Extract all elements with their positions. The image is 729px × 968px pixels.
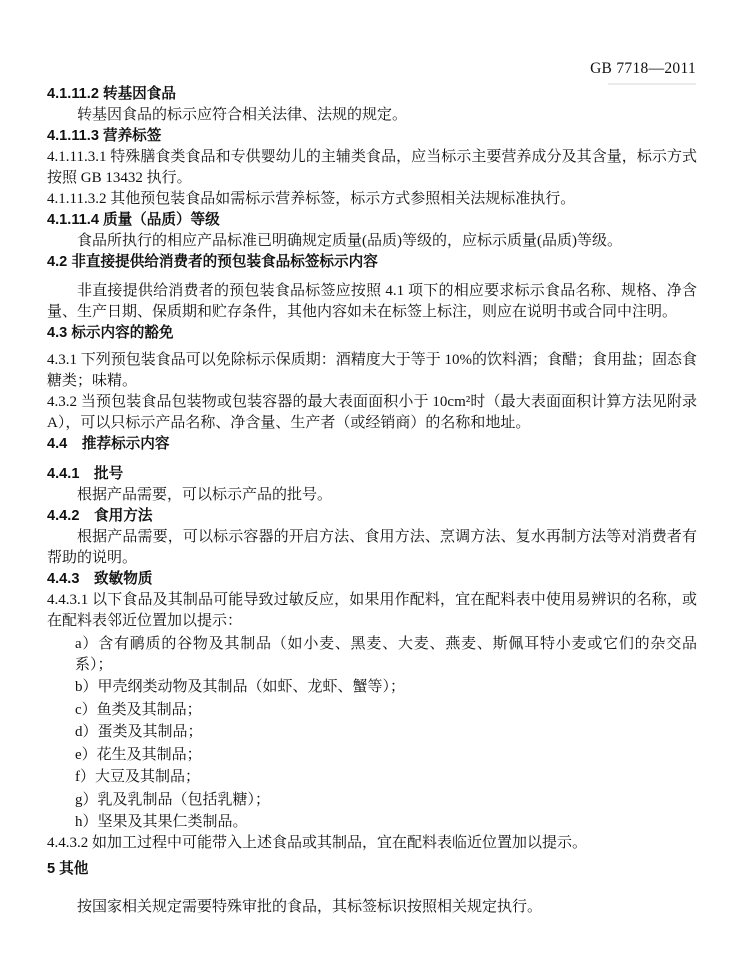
allergen-list-item: a）含有鸸质的谷物及其制品（如小麦、黑麦、大麦、燕麦、斯佩耳特小麦或它们的杂交品… (75, 634, 697, 676)
document-page: GB 7718—2011 4.1.11.2 转基因食品转基因食品的标示应符合相关… (0, 0, 729, 968)
allergen-list-item: d）蛋类及其制品； (75, 722, 697, 743)
clause-paragraph: 4.3.1 下列预包装食品可以免除标示保质期：酒精度大于等于 10%的饮料酒；食… (47, 350, 697, 392)
body-paragraph: 根据产品需要，可以标示容器的开启方法、食用方法、烹调方法、复水再制方法等对消费者… (47, 527, 697, 569)
allergen-list-item: b）甲壳纲类动物及其制品（如虾、龙虾、蟹等）； (75, 677, 697, 698)
clause-heading: 4.2 非直接提供给消费者的预包装食品标签标示内容 (47, 252, 697, 273)
allergen-list-item: e）花生及其制品； (75, 745, 697, 766)
allergen-list-item: g）乳及乳制品（包括乳糖）； (75, 790, 697, 811)
section-heading: 5 其他 (47, 859, 697, 880)
body-paragraph: 转基因食品的标示应符合相关法律、法规的规定。 (47, 105, 697, 126)
body-paragraph: 食品所执行的相应产品标准已明确规定质量(品质)等级的，应标示质量(品质)等级。 (47, 231, 697, 252)
clause-paragraph: 4.1.11.3.2 其他预包装食品如需标示营养标签，标示方式参照相关法规标准执… (47, 189, 697, 210)
clause-heading: 4.4.2 食用方法 (47, 506, 697, 527)
standard-code: GB 7718—2011 (590, 60, 696, 78)
clause-heading: 4.4 推荐标示内容 (47, 434, 697, 455)
allergen-list-item: h）坚果及其果仁类制品。 (75, 812, 697, 833)
document-body: 4.1.11.2 转基因食品转基因食品的标示应符合相关法律、法规的规定。4.1.… (47, 84, 697, 918)
clause-paragraph: 4.4.3.1 以下食品及其制品可能导致过敏反应，如果用作配料，宜在配料表中使用… (47, 590, 697, 632)
body-paragraph: 按国家相关规定需要特殊审批的食品，其标签标识按照相关规定执行。 (47, 897, 697, 918)
clause-paragraph: 4.3.2 当预包装食品包装物或包装容器的最大表面面积小于 10cm²时（最大表… (47, 392, 697, 434)
allergen-list-item: f）大豆及其制品； (75, 767, 697, 788)
clause-heading: 4.1.11.3 营养标签 (47, 126, 697, 147)
clause-paragraph: 4.1.11.3.1 特殊膳食类食品和专供婴幼儿的主辅类食品，应当标示主要营养成… (47, 147, 697, 189)
clause-paragraph: 4.4.3.2 如加工过程中可能带入上述食品或其制品，宜在配料表临近位置加以提示… (47, 833, 697, 854)
clause-heading: 4.1.11.4 质量（品质）等级 (47, 210, 697, 231)
body-paragraph: 非直接提供给消费者的预包装食品标签应按照 4.1 项下的相应要求标示食品名称、规… (47, 281, 697, 323)
clause-heading: 4.4.3 致敏物质 (47, 569, 697, 590)
clause-heading: 4.1.11.2 转基因食品 (47, 84, 697, 105)
clause-heading: 4.4.1 批号 (47, 464, 697, 485)
clause-heading: 4.3 标示内容的豁免 (47, 323, 697, 344)
body-paragraph: 根据产品需要，可以标示产品的批号。 (47, 485, 697, 506)
allergen-list-item: c）鱼类及其制品； (75, 700, 697, 721)
